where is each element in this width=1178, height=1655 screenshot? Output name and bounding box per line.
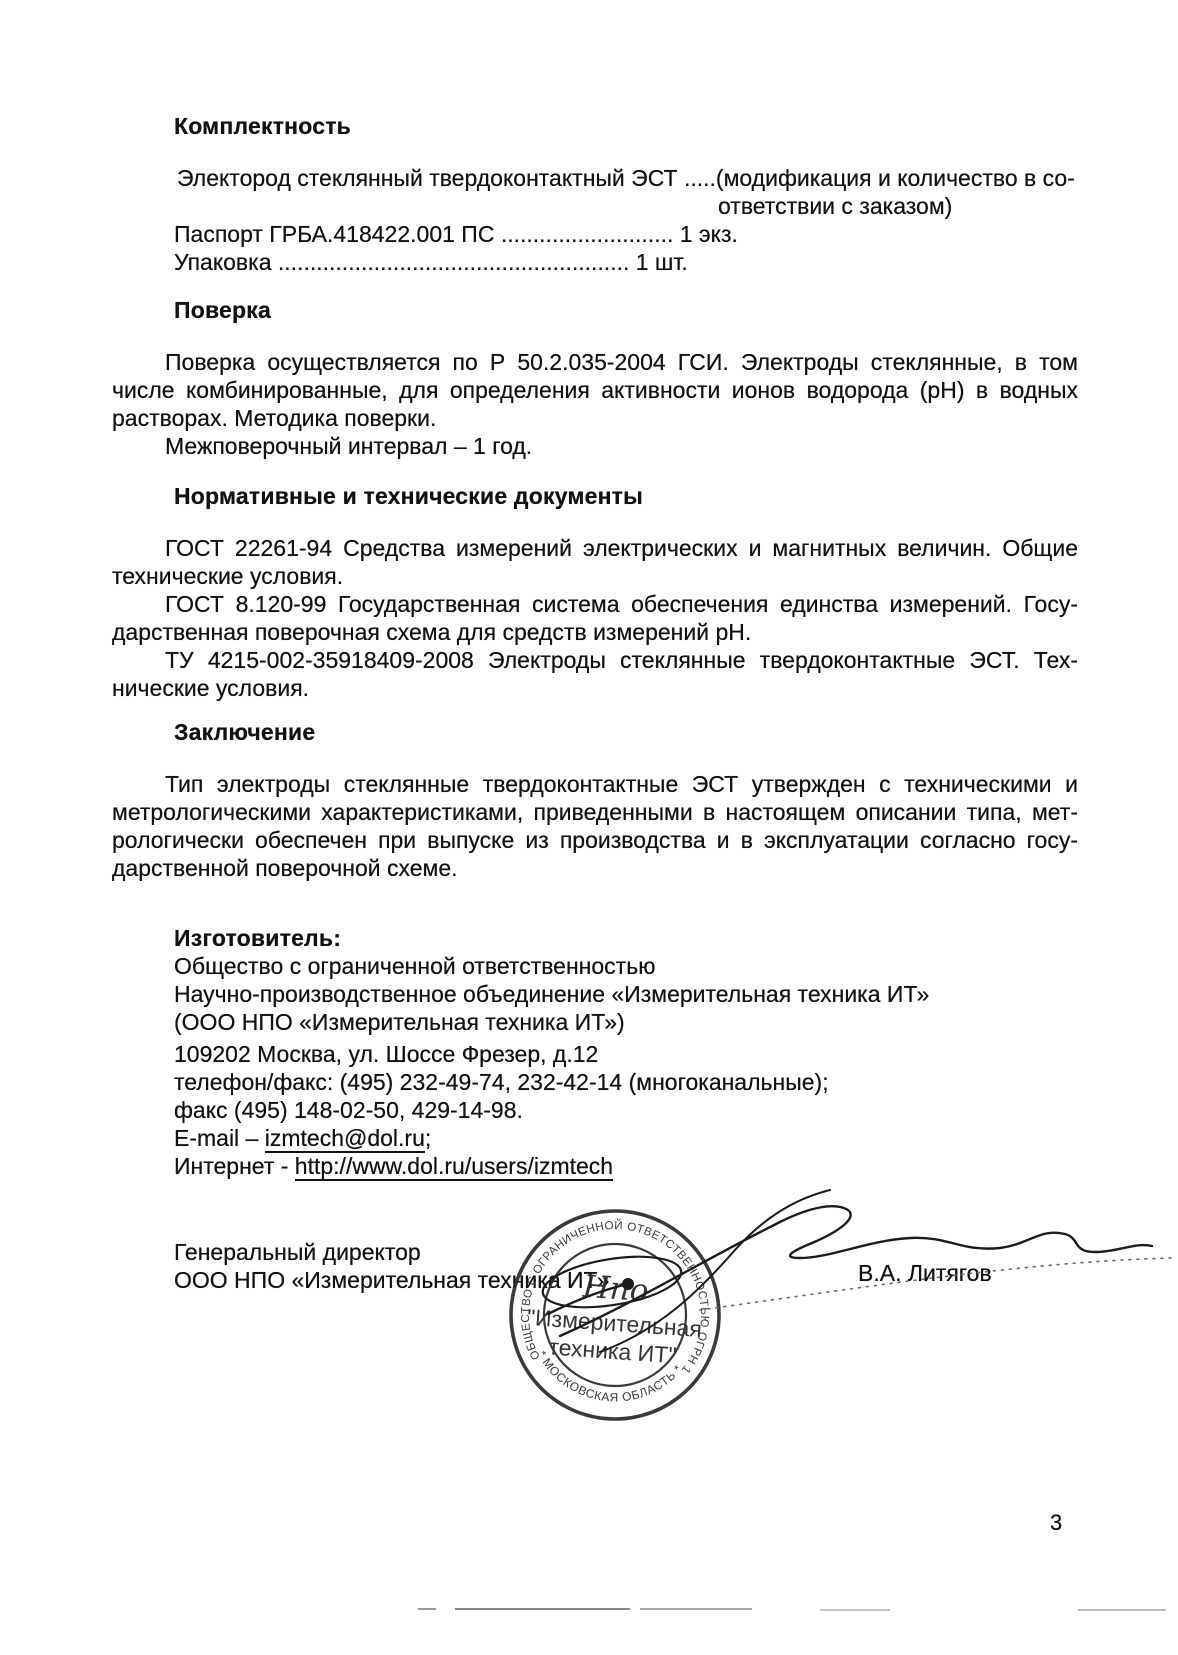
text-line: дарственной поверочной схеме.: [112, 854, 1078, 882]
text-line: Тип электроды стеклянные твердоконтактны…: [112, 770, 1078, 798]
completeness-item-electrode-cont: ответствии с заказом): [718, 192, 1078, 220]
text-line: метрологическими характеристиками, приве…: [112, 798, 1078, 826]
web-link: http://www.dol.ru/users/izmtech: [295, 1153, 613, 1181]
scan-artifact-dash: [1078, 1609, 1166, 1611]
verification-paragraph: Поверка осуществляется по Р 50.2.035-200…: [112, 348, 1078, 460]
page-number: 3: [1050, 1510, 1062, 1536]
director-name: В.А. Литягов: [858, 1259, 992, 1287]
manufacturer-org-block: Общество с ограниченной ответственностью…: [112, 952, 1078, 1036]
scan-artifact-dash: [640, 1608, 752, 1610]
email-label: E-mail –: [174, 1125, 265, 1151]
manufacturer-org-line: Научно-производственное объединение «Изм…: [174, 980, 1078, 1008]
manufacturer-email-line: E-mail – izmtech@dol.ru;: [174, 1124, 1078, 1152]
stamp-outer-circle: [501, 1201, 730, 1430]
text-line: дарственная поверочная схема для средств…: [112, 618, 1078, 646]
section-heading-completeness: Комплектность: [174, 112, 1140, 140]
manufacturer-phone: телефон/факс: (495) 232-49-74, 232-42-14…: [174, 1068, 1078, 1096]
stamp-center-line1: "Измерительная: [526, 1304, 703, 1342]
section-heading-normative: Нормативные и технические документы: [174, 482, 1140, 510]
scan-artifact-dash: [820, 1609, 890, 1611]
manufacturer-fax: факс (495) 148-02-50, 429-14-98.: [174, 1096, 1078, 1124]
manufacturer-web-line: Интернет - http://www.dol.ru/users/izmte…: [174, 1152, 1078, 1180]
completeness-item-passport: Паспорт ГРБА.418422.001 ПС .............…: [174, 220, 1078, 248]
text-line: растворах. Методика поверки.: [112, 404, 1078, 432]
section-heading-verification: Поверка: [174, 296, 1140, 324]
completeness-item-packaging: Упаковка ...............................…: [174, 248, 1078, 276]
document-page: Комплектность Электород стеклянный тверд…: [0, 0, 1178, 1655]
text-line: Межповерочный интервал – 1 год.: [112, 432, 1078, 460]
text-line: технические условия.: [112, 562, 1078, 590]
manufacturer-org-line: Общество с ограниченной ответственностью: [174, 952, 1078, 980]
scan-artifact-dash: [455, 1608, 630, 1610]
web-label: Интернет -: [174, 1153, 295, 1179]
manufacturer-org-line: (ООО НПО «Измерительная техника ИТ»): [174, 1008, 1078, 1036]
text-line: ГОСТ 22261-94 Средства измерений электри…: [112, 534, 1078, 562]
text-line: нические условия.: [112, 674, 1078, 702]
text-line: числе комбинированные, для определения а…: [112, 376, 1078, 404]
manufacturer-contact-block: 109202 Москва, ул. Шоссе Фрезер, д.12 те…: [112, 1040, 1078, 1180]
manufacturer-address: 109202 Москва, ул. Шоссе Фрезер, д.12: [174, 1040, 1078, 1068]
text-line: ТУ 4215-002-35918409-2008 Электроды стек…: [112, 646, 1078, 674]
company-round-stamp: ОБЩЕСТВО С ОГРАНИЧЕННОЙ ОТВЕТСТВЕННОСТЬЮ…: [501, 1201, 730, 1430]
text-line: ГОСТ 8.120-99 Государственная система об…: [112, 590, 1078, 618]
normative-paragraphs: ГОСТ 22261-94 Средства измерений электри…: [112, 534, 1078, 702]
stamp-center-line2: техника ИТ": [548, 1333, 678, 1368]
stamp-ring-bottom-text: * МОСКОВСКАЯ ОБЛАСТЬ *: [531, 1347, 686, 1411]
email-link: izmtech@dol.ru: [265, 1125, 425, 1153]
scan-artifact-dash: [418, 1608, 436, 1610]
section-heading-manufacturer: Изготовитель:: [174, 924, 1140, 952]
email-suffix: ;: [425, 1125, 431, 1151]
text-line: рологически обеспечен при выпуске из про…: [112, 826, 1078, 854]
completeness-item-electrode: Электород стеклянный твердоконтактный ЭС…: [177, 164, 1078, 192]
stamp-ring-top-text: ОБЩЕСТВО С ОГРАНИЧЕННОЙ ОТВЕТСТВЕННОСТЬЮ…: [514, 1209, 721, 1380]
completeness-list: Электород стеклянный твердоконтактный ЭС…: [112, 164, 1078, 276]
text-line: Поверка осуществляется по Р 50.2.035-200…: [112, 348, 1078, 376]
section-heading-conclusion: Заключение: [174, 718, 1140, 746]
conclusion-paragraph: Тип электроды стеклянные твердоконтактны…: [112, 770, 1078, 882]
